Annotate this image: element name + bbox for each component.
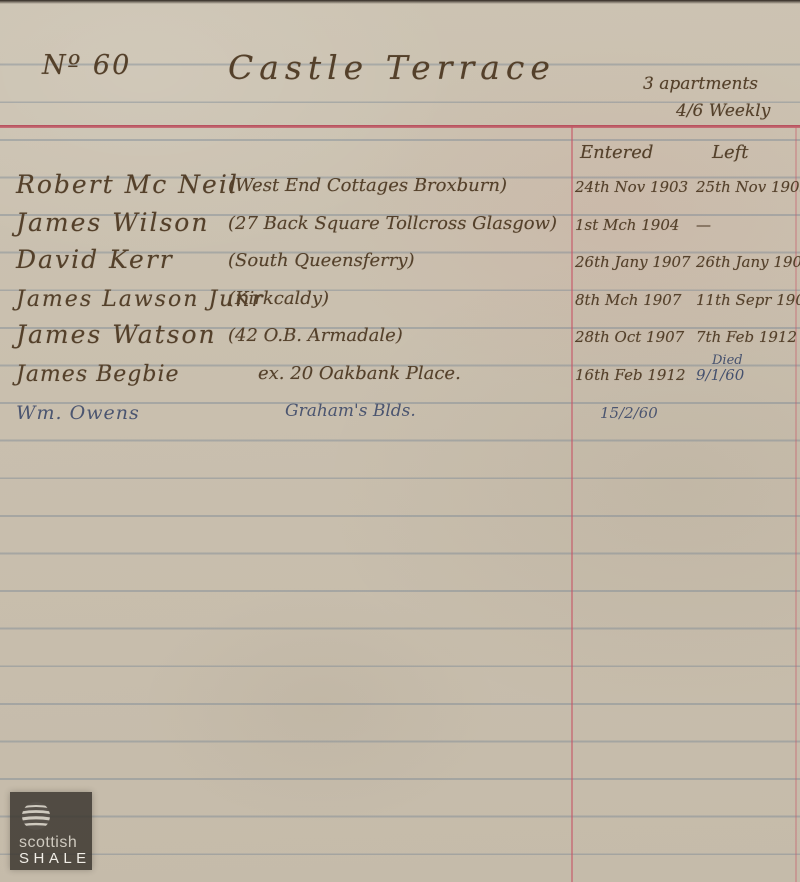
tenant-address: (27 Back Square Tollcross Glasgow) xyxy=(228,213,557,234)
left-date: 25th Nov 1903 xyxy=(696,178,800,196)
left-date: 11th Sepr 1907 xyxy=(696,291,800,309)
column-header-entered: Entered xyxy=(580,142,653,163)
left-date: — xyxy=(696,216,711,234)
globe-icon xyxy=(19,799,53,833)
tenant-name: James Lawson Junr xyxy=(16,287,264,312)
entered-date: 26th Jany 1907 xyxy=(575,253,691,271)
column-header-left: Left xyxy=(712,142,749,163)
ledger-row: Wm. Owens Graham's Blds. 15/2/60 xyxy=(0,394,800,432)
entered-date: 1st Mch 1904 xyxy=(575,216,679,234)
entered-date: 16th Feb 1912 xyxy=(575,366,686,384)
tenant-address: (South Queensferry) xyxy=(228,250,415,271)
tenant-name: David Kerr xyxy=(16,245,174,274)
watermark-text-shale: SHALE xyxy=(19,850,91,867)
entered-date: 15/2/60 xyxy=(600,404,658,422)
left-date: 7th Feb 1912 xyxy=(696,328,797,346)
entered-date: 28th Oct 1907 xyxy=(575,328,684,346)
page-title: Castle Terrace xyxy=(228,48,556,87)
ledger-row: Robert Mc Neil (West End Cottages Broxbu… xyxy=(0,168,800,206)
tenant-name: Wm. Owens xyxy=(16,402,140,424)
ledger-row: James Begbie ex. 20 Oakbank Place. 16th … xyxy=(0,356,800,394)
left-date: 9/1/60 xyxy=(696,366,744,384)
ledger-row: James Watson (42 O.B. Armadale) 28th Oct… xyxy=(0,318,800,356)
page-top-edge xyxy=(0,0,800,4)
tenant-address: (42 O.B. Armadale) xyxy=(228,325,403,346)
tenant-address: Graham's Blds. xyxy=(285,401,416,421)
tenant-address: (Kirkcaldy) xyxy=(228,288,329,309)
tenant-name: Robert Mc Neil xyxy=(16,170,239,199)
tenant-name: James Begbie xyxy=(16,362,180,387)
house-number: Nº 60 xyxy=(42,50,131,81)
ledger-row: James Lawson Junr (Kirkcaldy) 8th Mch 19… xyxy=(0,281,800,319)
tenant-address: (West End Cottages Broxburn) xyxy=(228,175,507,196)
ledger-row: David Kerr (South Queensferry) 26th Jany… xyxy=(0,243,800,281)
ruled-lines xyxy=(0,28,800,882)
tenant-name: James Wilson xyxy=(16,208,209,237)
tenant-address: ex. 20 Oakbank Place. xyxy=(258,363,461,384)
entered-date: 8th Mch 1907 xyxy=(575,291,681,309)
rent-note: 4/6 Weekly xyxy=(676,101,770,121)
apartments-note: 3 apartments xyxy=(643,74,758,94)
tenant-name: James Watson xyxy=(16,320,217,349)
ledger-page-scan: Nº 60 Castle Terrace 3 apartments 4/6 We… xyxy=(0,0,800,882)
scottish-shale-watermark: scottish SHALE xyxy=(10,792,92,870)
ledger-row: James Wilson (27 Back Square Tollcross G… xyxy=(0,206,800,244)
entered-date: 24th Nov 1903 xyxy=(575,178,688,196)
left-date: 26th Jany 1907 xyxy=(696,253,800,271)
red-horizontal-rule xyxy=(0,125,800,128)
